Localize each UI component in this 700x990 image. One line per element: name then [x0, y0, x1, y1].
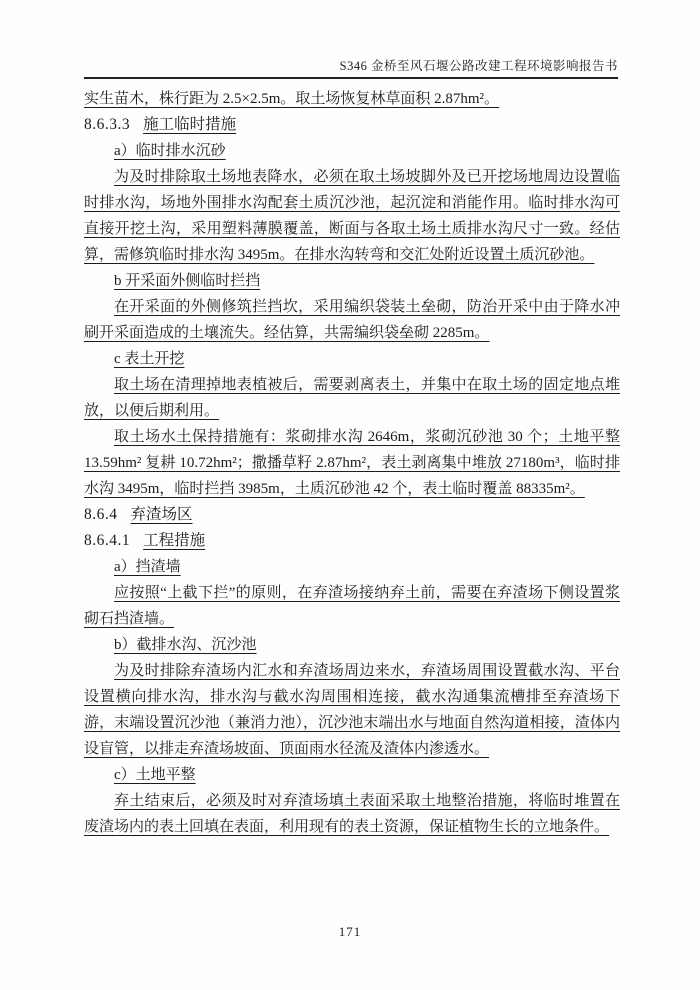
subheading-a-temp-drainage: a）临时排水沉砂 [84, 138, 620, 164]
section-heading-8-6-4: 8.6.4弃渣场区 [84, 502, 620, 528]
subheading-c-land-leveling: c）土地平整 [84, 762, 620, 788]
section-title: 工程措施 [143, 532, 205, 549]
section-heading-8-6-4-1: 8.6.4.1工程措施 [84, 528, 620, 554]
paragraph-continuation: 实生苗木，株行距为 2.5×2.5m。取土场恢复林草面积 2.87hm²。 [84, 86, 620, 112]
document-page: S346 金桥至风石堰公路改建工程环境影响报告书 实生苗木，株行距为 2.5×2… [0, 0, 700, 990]
header-title: S346 金桥至风石堰公路改建工程环境影响报告书 [340, 59, 618, 73]
body-paragraph: 取土场在清理掉地表植被后，需要剥离表土，并集中在取土场的固定地点堆放，以便后期利… [84, 372, 620, 424]
page-header: S346 金桥至风石堰公路改建工程环境影响报告书 [84, 0, 618, 79]
subheading-b-drain-ditch: b）截排水沟、沉沙池 [84, 632, 620, 658]
body-paragraph: 应按照“上截下拦”的原则，在弃渣场接纳弃土前，需要在弃渣场下侧设置浆砌石挡渣墙。 [84, 580, 620, 632]
section-title: 弃渣场区 [131, 506, 193, 523]
subheading-b-temp-barrier: b 开采面外侧临时拦挡 [84, 268, 620, 294]
body-paragraph: 为及时排除弃渣场内汇水和弃渣场周边来水，弃渣场周围设置截水沟、平台设置横向排水沟… [84, 658, 620, 762]
section-number: 8.6.4 [84, 506, 118, 523]
section-title: 施工临时措施 [143, 116, 236, 133]
page-footer: 171 [0, 924, 700, 940]
section-number: 8.6.3.3 [84, 116, 130, 133]
document-content: 实生苗木，株行距为 2.5×2.5m。取土场恢复林草面积 2.87hm²。 8.… [84, 86, 620, 840]
section-heading-8-6-3-3: 8.6.3.3施工临时措施 [84, 112, 620, 138]
subheading-a-slag-wall: a）挡渣墙 [84, 554, 620, 580]
subheading-c-topsoil-excavation: c 表土开挖 [84, 346, 620, 372]
body-paragraph: 在开采面的外侧修筑拦挡坎，采用编织袋装土垒砌，防治开采中由于降水冲刷开采面造成的… [84, 294, 620, 346]
body-paragraph: 取土场水土保持措施有：浆砌排水沟 2646m，浆砌沉砂池 30 个；土地平整 1… [84, 424, 620, 502]
page-number: 171 [339, 924, 362, 939]
body-paragraph: 弃土结束后，必须及时对弃渣场填土表面采取土地整治措施，将临时堆置在废渣场内的表土… [84, 788, 620, 840]
body-paragraph: 为及时排除取土场地表降水，必须在取土场坡脚外及已开挖场地周边设置临时排水沟，场地… [84, 164, 620, 268]
section-number: 8.6.4.1 [84, 532, 130, 549]
